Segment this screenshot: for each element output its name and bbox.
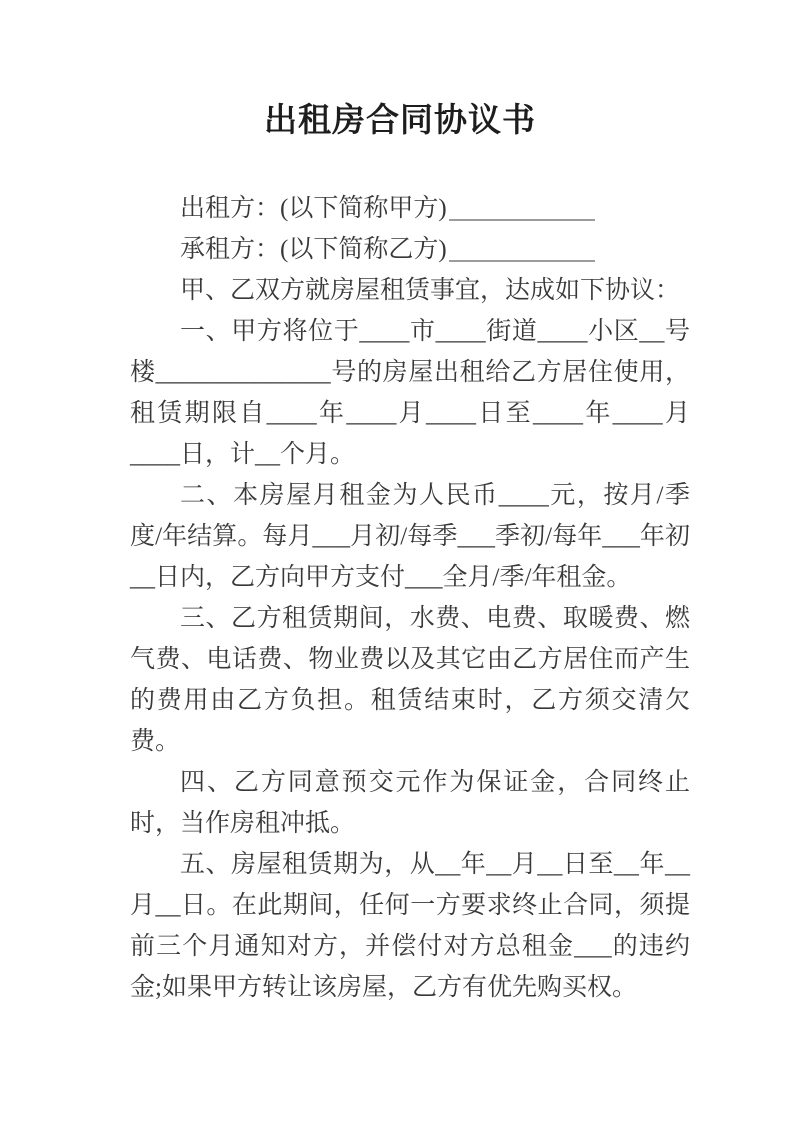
- document-title: 出租房合同协议书: [0, 94, 800, 141]
- party-lessee-blank-underline: [449, 235, 595, 262]
- agreement-intro-line: 甲、乙双方就房屋租赁事宜，达成如下协议：: [130, 270, 690, 311]
- party-line-lessor: 出租方：(以下简称甲方): [130, 188, 690, 229]
- document-body: 出租方：(以下简称甲方) 承租方：(以下简称乙方) 甲、乙双方就房屋租赁事宜，达…: [130, 188, 690, 1008]
- clause-5-termination-and-priority: 五、房屋租赁期为，从__年__月__日至__年__月__日。在此期间，任何一方要…: [130, 844, 690, 1008]
- party-line-lessee: 承租方：(以下简称乙方): [130, 229, 690, 270]
- party-lessor-blank-underline: [449, 194, 595, 221]
- clause-4-security-deposit: 四、乙方同意预交元作为保证金，合同终止时，当作房租冲抵。: [130, 762, 690, 844]
- clause-3-utilities-and-fees: 三、乙方租赁期间，水费、电费、取暖费、燃气费、电话费、物业费以及其它由乙方居住而…: [130, 598, 690, 762]
- contract-document-page: 出租房合同协议书 出租方：(以下简称甲方) 承租方：(以下简称乙方) 甲、乙双方…: [0, 0, 800, 1132]
- party-lessor-label: 出租方：(以下简称甲方): [180, 195, 447, 222]
- clause-1-premises-and-term: 一、甲方将位于____市____街道____小区__号楼____________…: [130, 311, 690, 475]
- clause-2-rent-and-payment: 二、本房屋月租金为人民币____元，按月/季度/年结算。每月___月初/每季__…: [130, 475, 690, 598]
- party-lessee-label: 承租方：(以下简称乙方): [180, 236, 447, 263]
